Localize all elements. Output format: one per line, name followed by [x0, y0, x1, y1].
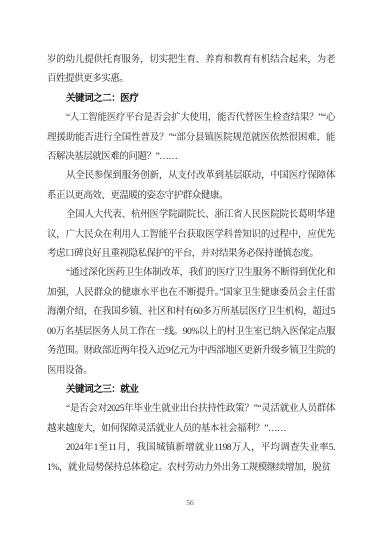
- paragraph-continuation-childcare: 岁的幼儿提供托育服务，切实把生育、养育和教育有机结合起来，为老百姓提供更多实惠。: [47, 51, 335, 90]
- paragraph-npc-deputy-suggestion: 全国人大代表、杭州医学院副院长、浙江省人民医院院长葛明华建议，广大民众在利用人工…: [47, 206, 335, 264]
- paragraph-medical-questions: “人工智能医疗平台是否会扩大使用，能否代替医生检查结果？”“心理援助能否进行全国…: [47, 109, 335, 167]
- paragraph-medical-insurance-system: 从全民参保到服务创新，从支付改革到基层联动，中国医疗保障体系正以更高效、更温暖的…: [47, 167, 335, 206]
- heading-keyword-2-medical: 关键词之二：医疗: [47, 90, 335, 109]
- heading-keyword-3-employment: 关键词之三：就业: [47, 381, 335, 400]
- document-page: 岁的幼儿提供托育服务，切实把生育、养育和教育有机结合起来，为老百姓提供更多实惠。…: [0, 0, 380, 537]
- paragraph-employment-stats: 2024年1至11月，我国城镇新增就业1198万人，平均调查失业率5.1%，就业…: [47, 439, 335, 478]
- paragraph-employment-questions: “是否会对2025年毕业生就业出台扶持性政策？”“灵活就业人员群体越来越庞大，如…: [47, 400, 335, 439]
- page-number: 56: [0, 498, 380, 507]
- page-text-body: 岁的幼儿提供托育服务，切实把生育、养育和教育有机结合起来，为老百姓提供更多实惠。…: [47, 51, 335, 478]
- paragraph-health-commission-stats: “通过深化医药卫生体制改革，我们的医疗卫生服务不断得到优化和加强，人民群众的健康…: [47, 264, 335, 380]
